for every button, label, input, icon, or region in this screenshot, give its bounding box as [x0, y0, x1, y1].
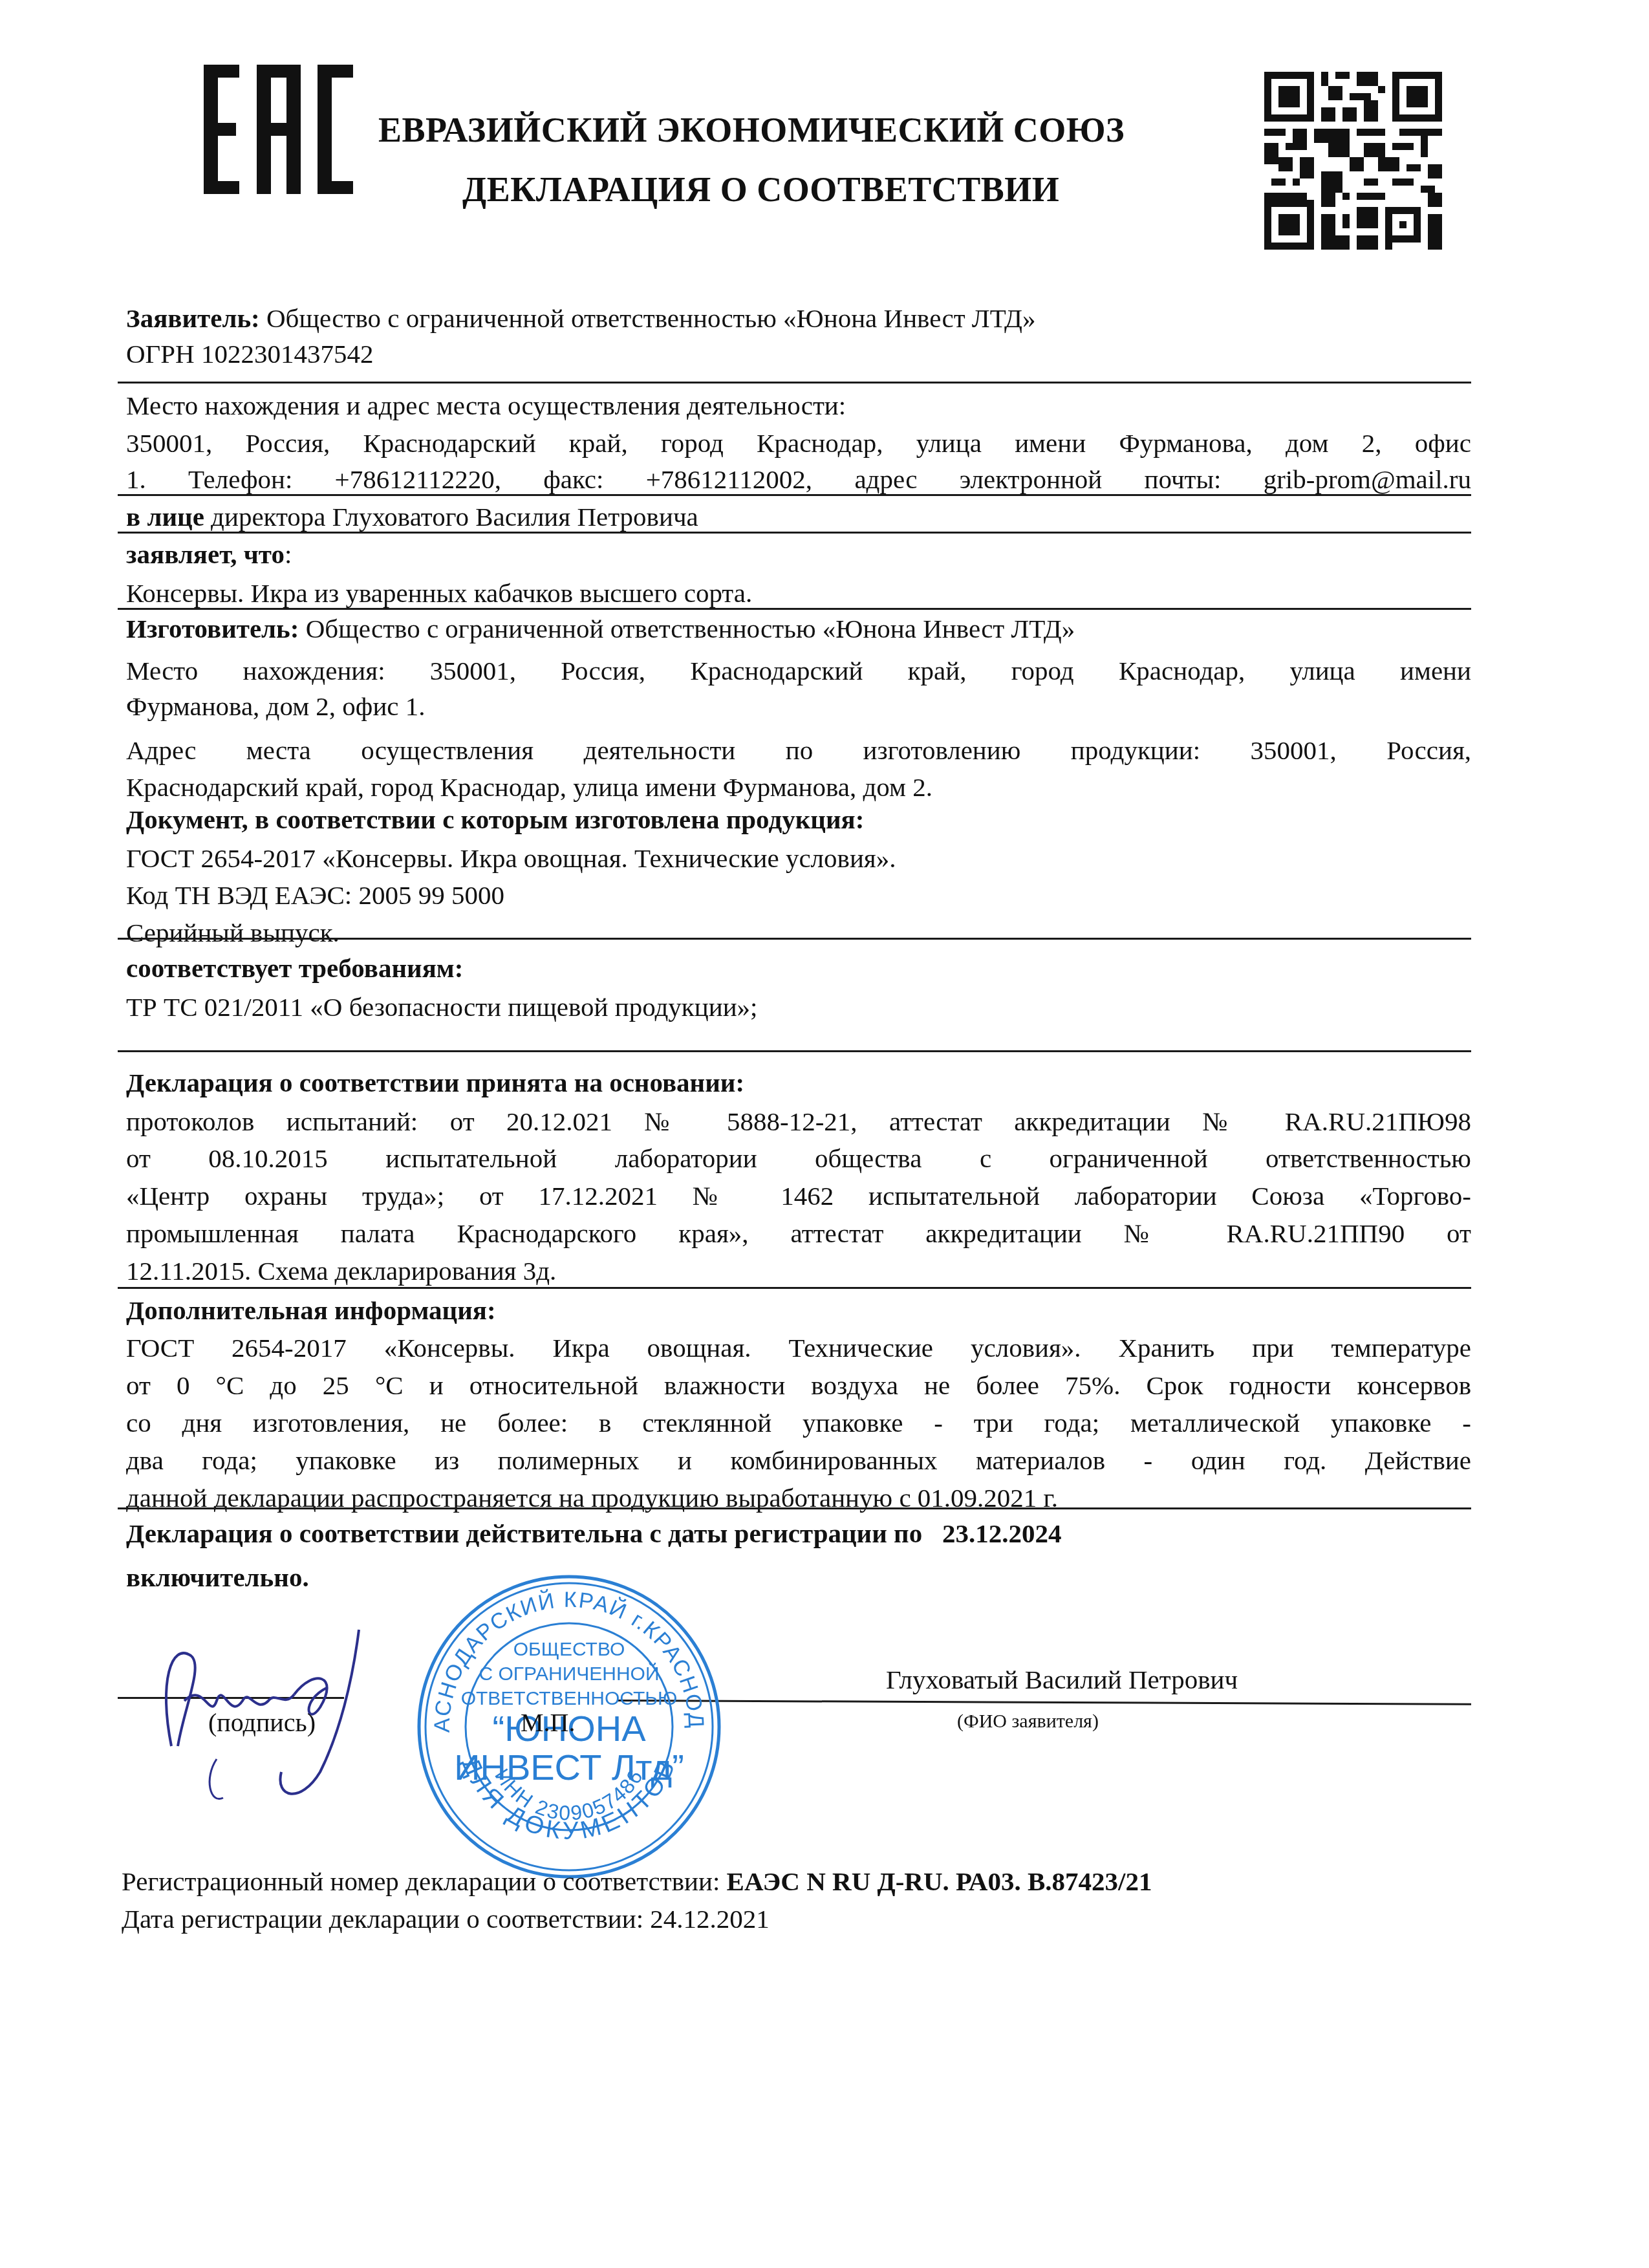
representative-label: в лице	[126, 502, 204, 532]
requirements-regulation: ТР ТС 021/2011 «О безопасности пищевой п…	[126, 988, 1471, 1026]
stamp-inner-line: ОБЩЕСТВО	[513, 1639, 625, 1660]
applicant-name: Общество с ограниченной ответственностью…	[260, 303, 1036, 333]
stamp-inner-line: С ОГРАНИЧЕННОЙ	[479, 1663, 659, 1685]
validity-text: Декларация о соответствии действительна …	[126, 1518, 922, 1548]
additional-info-line: данной декларации распространяется на пр…	[126, 1479, 1471, 1517]
divider	[118, 1287, 1471, 1289]
divider	[118, 938, 1471, 940]
document-title: ДЕКЛАРАЦИЯ О СООТВЕТСТВИИ	[462, 169, 1059, 210]
registration-number-label: Регистрационный номер декларации о соотв…	[122, 1866, 727, 1896]
declares-line: заявляет, что:	[126, 535, 1471, 573]
applicant-address-line: 350001, Россия, Краснодарский край, горо…	[126, 424, 1471, 462]
product-name: Консервы. Икра из уваренных кабачков выс…	[126, 574, 1471, 612]
representative-line: в лице директора Глуховатого Василия Пет…	[126, 498, 1471, 535]
qr-code-icon[interactable]	[1264, 70, 1442, 251]
manufacturer-location-line: Место нахождения: 350001, Россия, Красно…	[126, 652, 1471, 689]
signature-caption: (подпись)	[208, 1707, 316, 1738]
validity-line: Декларация о соответствии действительна …	[126, 1515, 1471, 1552]
registration-date: 24.12.2021	[650, 1904, 770, 1934]
additional-info-line: два года; упаковке из полимерных и комби…	[126, 1442, 1471, 1479]
basis-line: 12.11.2015. Схема декларирования 3д.	[126, 1252, 1471, 1290]
declares-label: заявляет, что	[126, 539, 285, 569]
basis-line: протоколов испытаний: от 20.12.021 № 588…	[126, 1103, 1471, 1140]
divider	[118, 1507, 1471, 1509]
basis-line: от 08.10.2015 испытательной лаборатории …	[126, 1139, 1471, 1177]
applicant-full-name: Глуховатый Василий Петрович	[886, 1664, 1238, 1695]
divider	[118, 494, 1471, 496]
divider	[118, 382, 1471, 383]
additional-info-line: со дня изготовления, не более: в стеклян…	[126, 1404, 1471, 1442]
registration-number: ЕАЭС N RU Д-RU. РА03. В.87423/21	[727, 1866, 1152, 1896]
manufacturer-label: Изготовитель:	[126, 614, 299, 643]
registration-date-label: Дата регистрации декларации о соответств…	[122, 1904, 650, 1934]
production-document-label: Документ, в соответствии с которым изгот…	[126, 801, 1471, 838]
representative-name: директора Глуховатого Василия Петровича	[204, 502, 698, 532]
divider	[118, 1050, 1471, 1052]
production-standard: ГОСТ 2654-2017 «Консервы. Икра овощная. …	[126, 839, 1471, 877]
seal-caption: М.П.	[521, 1707, 575, 1738]
eac-logo	[204, 65, 352, 194]
applicant-name-caption: (ФИО заявителя)	[957, 1711, 1099, 1733]
applicant-label: Заявитель:	[126, 303, 260, 333]
stamp-inner-line: ОТВЕТСТВЕННОСТЬЮ	[461, 1688, 678, 1709]
validity-date: 23.12.2024	[942, 1518, 1062, 1548]
applicant-address-label: Место нахождения и адрес места осуществл…	[126, 387, 1471, 424]
manufacturer-location-line: Фурманова, дом 2, офис 1.	[126, 687, 1471, 725]
release-type: Серийный выпуск.	[126, 914, 1471, 951]
divider	[118, 532, 1471, 534]
union-title: ЕВРАЗИЙСКИЙ ЭКОНОМИЧЕСКИЙ СОЮЗ	[378, 110, 1125, 150]
validity-inclusive: включительно.	[126, 1559, 1471, 1596]
registration-number-line: Регистрационный номер декларации о соотв…	[122, 1863, 1467, 1900]
additional-info-line: от 0 °С до 25 °С и относительной влажнос…	[126, 1366, 1471, 1404]
applicant-contact-line: 1. Телефон: +78612112220, факс: +7861211…	[126, 460, 1471, 498]
applicant-line: Заявитель: Общество с ограниченной ответ…	[126, 299, 1471, 337]
declares-colon: :	[285, 539, 292, 569]
manufacturer-production-line: Адрес места осуществления деятельности п…	[126, 731, 1471, 769]
basis-line: «Центр охраны труда»; от 17.12.2021 № 14…	[126, 1177, 1471, 1215]
manufacturer-name: Общество с ограниченной ответственностью…	[299, 614, 1075, 643]
basis-line: промышленная палата Краснодарского края»…	[126, 1215, 1471, 1252]
hs-code: Код ТН ВЭД ЕАЭС: 2005 99 5000	[126, 876, 1471, 914]
registration-date-line: Дата регистрации декларации о соответств…	[122, 1900, 1467, 1938]
applicant-ogrn: ОГРН 1022301437542	[126, 335, 1471, 373]
additional-info-line: ГОСТ 2654-2017 «Консервы. Икра овощная. …	[126, 1329, 1471, 1366]
manufacturer-line: Изготовитель: Общество с ограниченной от…	[126, 610, 1471, 647]
additional-info-label: Дополнительная информация:	[126, 1291, 1471, 1329]
basis-label: Декларация о соответствии принята на осн…	[126, 1064, 1471, 1101]
requirements-label: соответствует требованиям:	[126, 949, 1471, 987]
name-line	[618, 1700, 1471, 1705]
